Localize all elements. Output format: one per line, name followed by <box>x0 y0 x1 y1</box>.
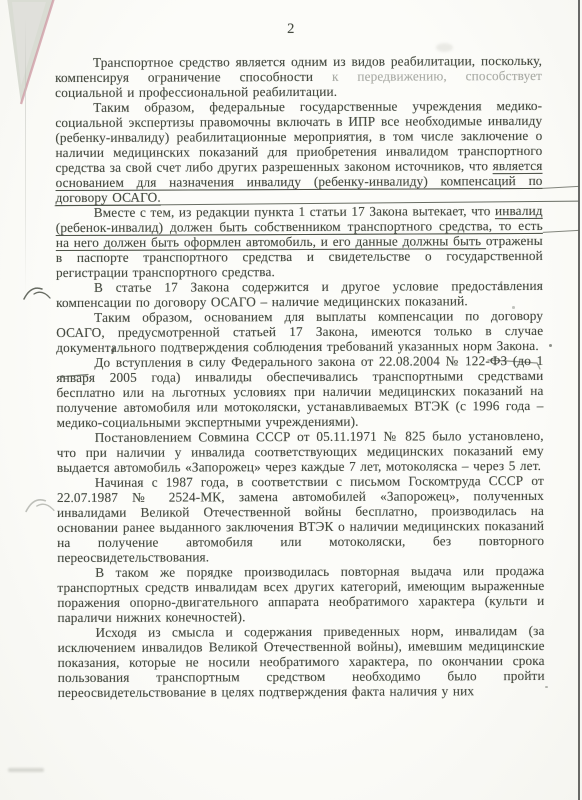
paragraph: Таким образом, федеральные государственн… <box>55 98 542 205</box>
text-segment: В статье 17 Закона содержится и другое у… <box>56 278 543 310</box>
ink-speck <box>545 686 548 688</box>
crease-line-artifact <box>25 18 26 298</box>
text-block: Транспортное средство является одним из … <box>55 53 545 700</box>
text-segment: социальной и профессиональной реабилитац… <box>55 84 337 100</box>
paragraph: До вступления в силу Федерального закона… <box>56 353 543 430</box>
text-segment: Таким образом, основанием для выплаты ко… <box>56 308 543 355</box>
text-segment: Вместе с тем, из редакции пункта 1 стать… <box>94 203 495 220</box>
smudge-artifact <box>8 768 44 772</box>
paragraph: Таким образом, основанием для выплаты ко… <box>56 308 543 355</box>
paragraph: В статье 17 Закона содержится и другое у… <box>56 278 543 310</box>
page-number: 2 <box>0 21 582 38</box>
paragraph: Исходя из смысла и содержания приведенны… <box>57 623 544 700</box>
text-segment: Таким образом, федеральные государственн… <box>55 98 542 175</box>
text-segment: До вступления в силу Федерального закона… <box>56 353 543 430</box>
text-segment: В таком же порядке производилась повторн… <box>57 563 544 625</box>
smudge-artifact <box>436 43 453 52</box>
paragraph: Транспортное средство является одним из … <box>55 53 542 100</box>
scan-edge-line <box>578 0 580 800</box>
paragraph: В таком же порядке производилась повторн… <box>57 563 544 625</box>
paragraph: Постановлением Совмина СССР от 05.11.197… <box>57 428 544 475</box>
paragraph: Начиная с 1987 года, в соответствии с пи… <box>57 473 544 565</box>
text-segment: Исходя из смысла и содержания приведенны… <box>58 623 545 700</box>
paragraph: Вместе с тем, из редакции пункта 1 стать… <box>56 203 543 280</box>
ink-speck <box>549 344 552 347</box>
text-segment: к передвижению, способствует <box>332 68 542 84</box>
text-segment: Постановлением Совмина СССР от 05.11.197… <box>57 428 544 475</box>
pen-arc-mark-icon <box>22 283 52 303</box>
text-segment: Начиная с 1987 года, в соответствии с пи… <box>57 473 544 565</box>
pen-arc-mark-icon <box>24 494 56 516</box>
scanned-document-page: 2 Транспортное средство является одним и… <box>0 0 582 800</box>
